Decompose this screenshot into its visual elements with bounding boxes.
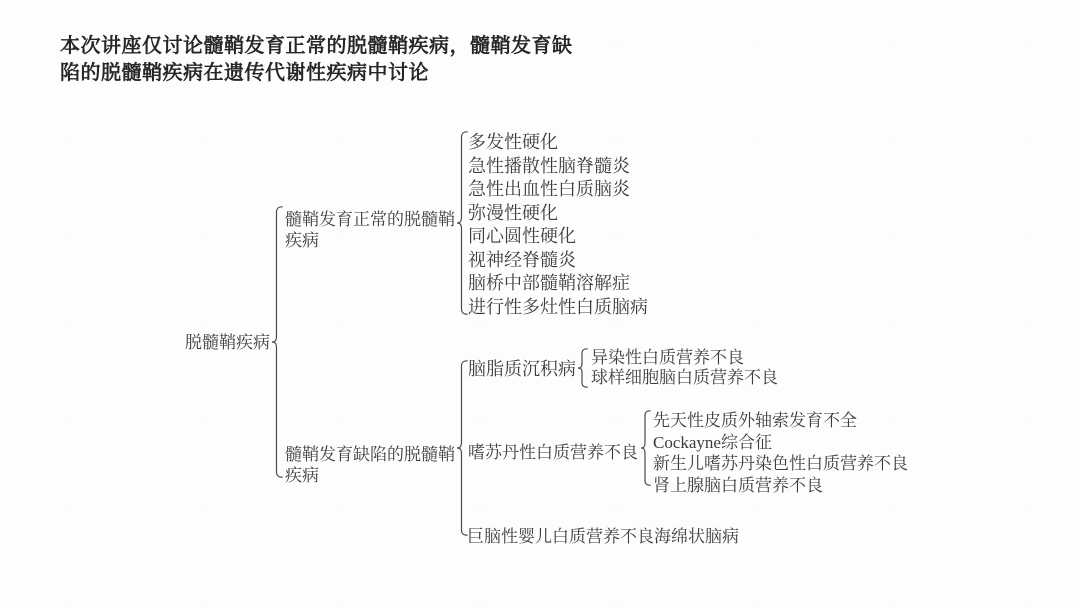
root-brace xyxy=(271,206,283,478)
leaf-item: 异染性白质营养不良 xyxy=(591,348,778,368)
leaf-item: 同心圆性硬化 xyxy=(468,225,648,249)
node-normal-myelin: 髓鞘发育正常的脱髓鞘疾病 xyxy=(285,209,461,251)
normal-myelin-brace xyxy=(456,131,468,315)
defective-myelin-brace xyxy=(456,360,468,536)
node-defective-myelin: 髓鞘发育缺陷的脱髓鞘疾病 xyxy=(285,444,461,486)
node-megalencephalic: 巨脑性婴儿白质营养不良海绵状脑病 xyxy=(467,527,739,547)
lipid-storage-brace xyxy=(577,348,588,388)
node-lipid-storage: 脑脂质沉积病 xyxy=(468,359,576,379)
node-sudanophilic: 嗜苏丹性白质营养不良 xyxy=(468,443,638,463)
leaf-item: 进行性多灶性白质脑病 xyxy=(468,296,648,320)
leaf-item: Cockayne综合征 xyxy=(653,432,908,454)
leaf-item: 脑桥中部髓鞘溶解症 xyxy=(468,272,648,296)
leaf-item: 新生儿嗜苏丹染色性白质营养不良 xyxy=(653,453,908,475)
intro-note-line1: 本次讲座仅讨论髓鞘发育正常的脱髓鞘疾病，髓鞘发育缺 xyxy=(60,33,635,60)
lipid-storage-disease-list: 异染性白质营养不良 球样细胞脑白质营养不良 xyxy=(591,348,778,388)
node-root: 脱髓鞘疾病 xyxy=(185,333,270,353)
normal-myelin-disease-list: 多发性硬化 急性播散性脑脊髓炎 急性出血性白质脑炎 弥漫性硬化 同心圆性硬化 视… xyxy=(468,131,648,319)
sudanophilic-brace xyxy=(640,410,651,486)
leaf-item: 肾上腺脑白质营养不良 xyxy=(653,475,908,497)
sudanophilic-disease-list: 先天性皮质外轴索发育不全 Cockayne综合征 新生儿嗜苏丹染色性白质营养不良… xyxy=(653,410,908,496)
leaf-item: 弥漫性硬化 xyxy=(468,202,648,226)
leaf-item: 先天性皮质外轴索发育不全 xyxy=(653,410,908,432)
leaf-item: 球样细胞脑白质营养不良 xyxy=(591,368,778,388)
intro-note-line2: 陷的脱髓鞘疾病在遗传代谢性疾病中讨论 xyxy=(60,60,635,87)
leaf-item: 视神经脊髓炎 xyxy=(468,249,648,273)
leaf-item: 急性播散性脑脊髓炎 xyxy=(468,155,648,179)
leaf-item: 急性出血性白质脑炎 xyxy=(468,178,648,202)
slide-background: 本次讲座仅讨论髓鞘发育正常的脱髓鞘疾病，髓鞘发育缺 陷的脱髓鞘疾病在遗传代谢性疾… xyxy=(0,0,1080,608)
intro-note: 本次讲座仅讨论髓鞘发育正常的脱髓鞘疾病，髓鞘发育缺 陷的脱髓鞘疾病在遗传代谢性疾… xyxy=(60,33,635,87)
leaf-item: 多发性硬化 xyxy=(468,131,648,155)
